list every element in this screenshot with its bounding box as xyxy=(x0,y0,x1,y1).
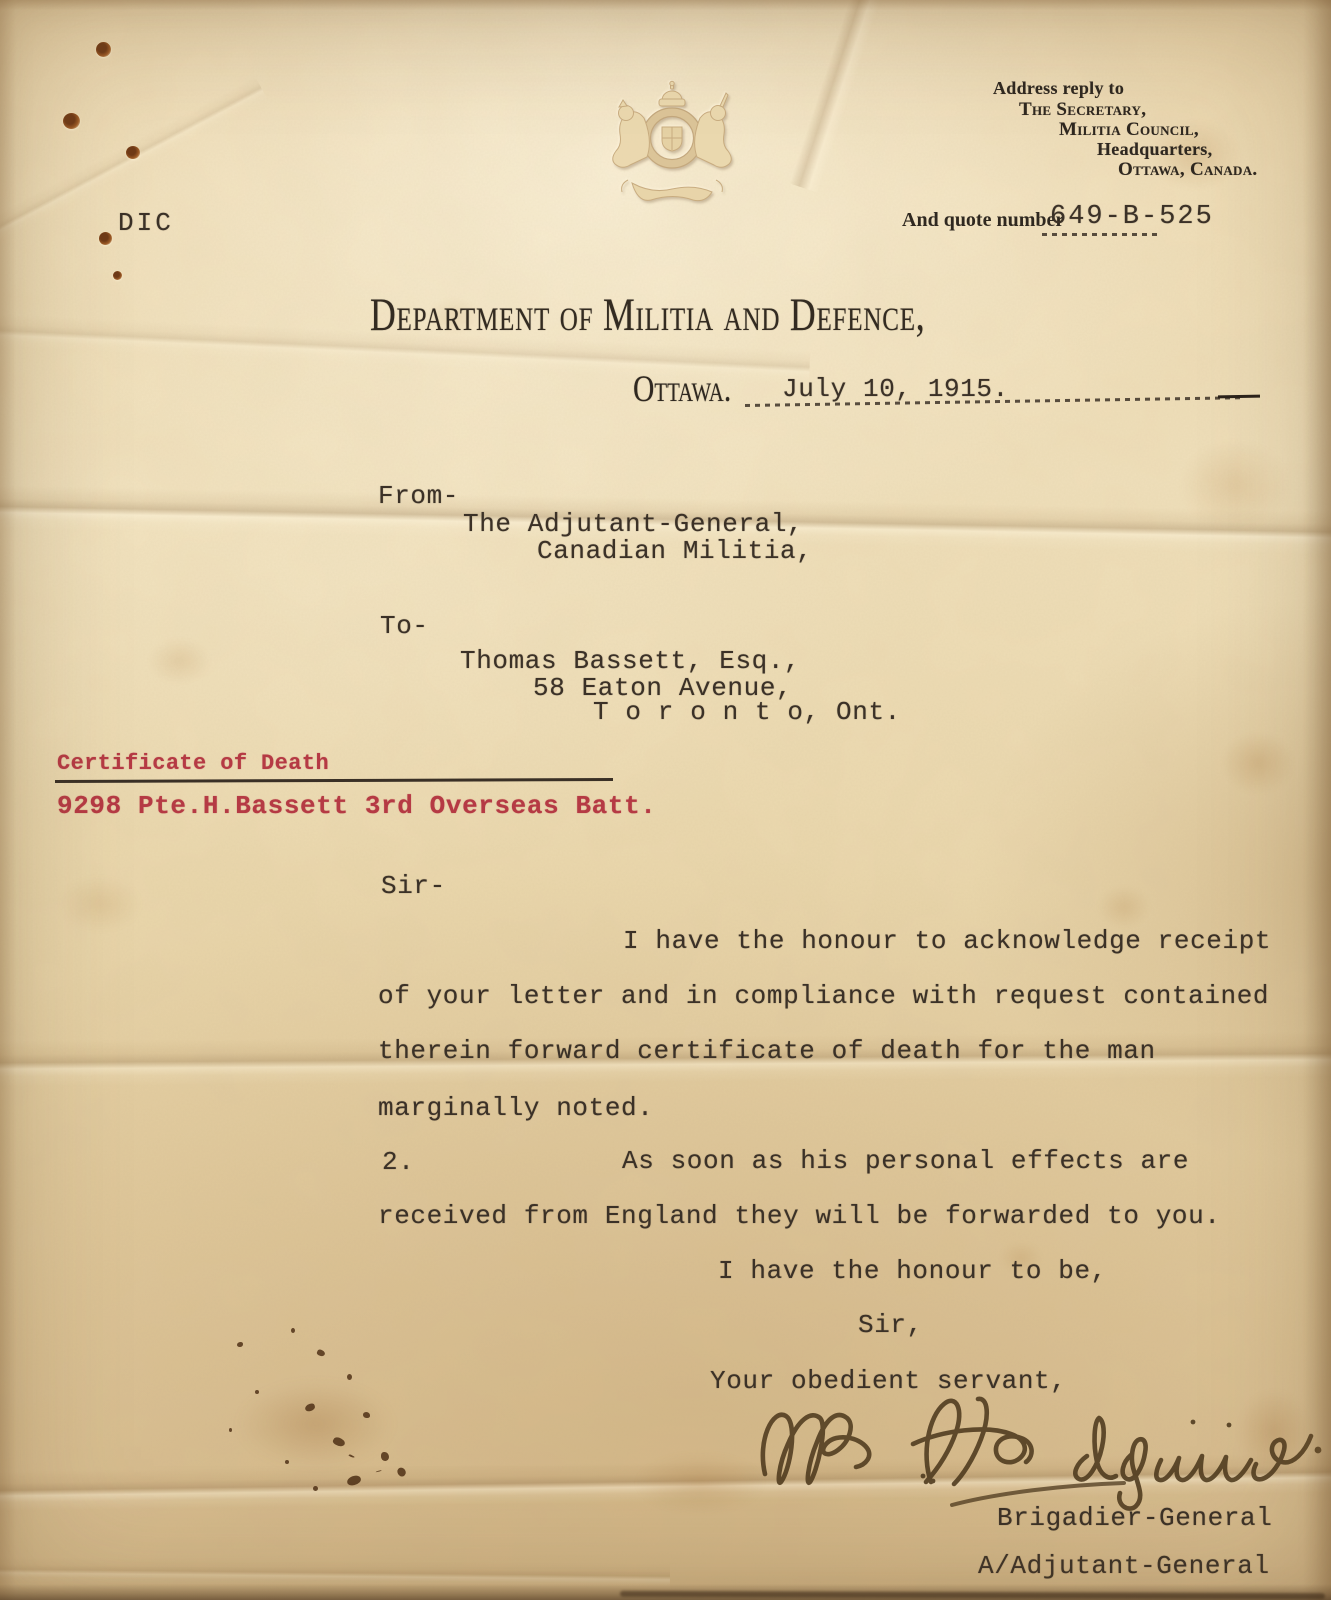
body-line: I have the honour to acknowledge receipt xyxy=(623,926,1271,956)
paragraph-number: 2. xyxy=(382,1147,414,1177)
date-value: July 10, 1915. xyxy=(782,374,1009,404)
address-reply-line: Address reply to xyxy=(993,78,1124,99)
quote-number-value: 649-B-525 xyxy=(1050,202,1214,232)
body-line: As soon as his personal effects are xyxy=(622,1146,1189,1176)
subject-reference: 9298 Pte.H.Bassett 3rd Overseas Batt. xyxy=(57,791,657,821)
salutation: Sir- xyxy=(381,871,446,901)
office-stamp-note: DIC xyxy=(118,208,174,238)
closing-line: I have the honour to be, xyxy=(718,1256,1107,1286)
to-line: T o r o n t o, Ont. xyxy=(593,697,901,727)
ink-spatter xyxy=(195,1320,425,1505)
department-title: Department of Militia and Defence, xyxy=(370,288,925,342)
from-line: Canadian Militia, xyxy=(537,536,812,566)
place-label: Ottawa. xyxy=(633,368,731,411)
from-line: The Adjutant-General, xyxy=(463,509,803,539)
royal-crest-icon xyxy=(592,80,752,212)
from-label: From- xyxy=(378,481,459,511)
address-reply-line: Ottawa, Canada. xyxy=(1118,159,1257,181)
body-line: of your letter and in compliance with re… xyxy=(378,981,1269,1011)
address-reply-line: Headquarters, xyxy=(1097,139,1212,160)
signatory-rank: Brigadier-General xyxy=(997,1503,1272,1533)
letter-page: DIC Address reply to The Secretary, Mili… xyxy=(0,0,1331,1600)
subject-title: Certificate of Death xyxy=(57,751,329,776)
body-line: received from England they will be forwa… xyxy=(378,1201,1221,1231)
address-reply-line: Militia Council, xyxy=(1059,119,1199,141)
signature-handwriting xyxy=(735,1392,1331,1514)
to-label: To- xyxy=(380,611,429,641)
signatory-title: A/Adjutant-General xyxy=(978,1551,1270,1581)
closing-line: Sir, xyxy=(858,1310,923,1340)
quote-number-label: And quote number xyxy=(902,209,1064,232)
body-line: marginally noted. xyxy=(378,1093,653,1123)
address-reply-line: The Secretary, xyxy=(1019,99,1146,121)
body-line: therein forward certificate of death for… xyxy=(378,1036,1156,1066)
to-line: Thomas Bassett, Esq., xyxy=(460,646,800,676)
